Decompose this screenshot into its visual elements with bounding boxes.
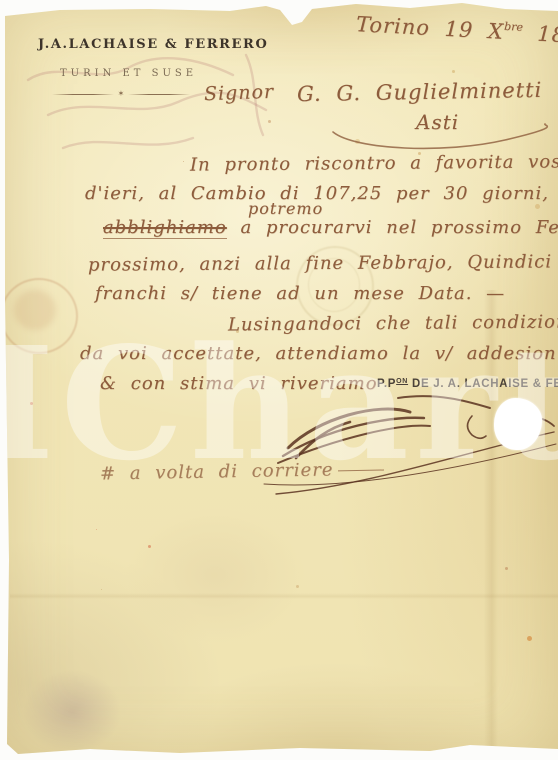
foxing-specks [0, 0, 3, 3]
letterhead-company: J.A.LACHAISE & FERRERO [38, 37, 268, 52]
body-line-3-rest: a procurarvi nel prossimo Feb [227, 217, 558, 238]
body-line-7: da voi accettate, attendiamo la v/ addes… [80, 343, 558, 373]
postscript-text: # a volta di corriere [100, 459, 334, 484]
recipient-underline-flourish [325, 118, 550, 153]
body-line-4: prossimo, anzi alla fine Febbrajo, Quind… [88, 251, 558, 284]
stamp-superscript: ON [396, 378, 408, 385]
recipient-salutation: Signor [204, 81, 275, 105]
letterhead-location: TURIN ET SUSE [60, 68, 197, 79]
paper-sheet: J.A.LACHAISE & FERRERO TURIN ET SUSE ✶ T… [0, 0, 558, 760]
rule-ornament-icon: ✶ [114, 90, 129, 98]
inserted-word: potremo [248, 199, 323, 218]
letter-body: In pronto riscontro a favorita vost d'ie… [0, 153, 558, 403]
letterhead-rule: ✶ [52, 90, 190, 98]
dateline-month-sup: bre [504, 20, 523, 34]
recipient-name: G. G. Guglielminetti [297, 78, 543, 106]
dateline-year: 186 [537, 22, 558, 48]
body-line-5: franchi s/ tiene ad un mese Data. — [95, 283, 558, 313]
ink-showthrough-strokes [8, 40, 298, 170]
horizontal-fold-line [10, 593, 558, 599]
scanned-letter-page: J.A.LACHAISE & FERRERO TURIN ET SUSE ✶ T… [0, 0, 558, 760]
struck-word: abblighiamo [103, 217, 227, 239]
rule-line-left [52, 94, 114, 95]
postscript-rule [337, 470, 383, 472]
body-line-6: Lusingandoci che tali condizioni ver [228, 312, 558, 345]
rule-line-right [128, 94, 190, 95]
body-line-1: In pronto riscontro a favorita vost [190, 151, 558, 184]
body-line-3: abblighiamopotremo a procurarvi nel pros… [103, 213, 558, 253]
